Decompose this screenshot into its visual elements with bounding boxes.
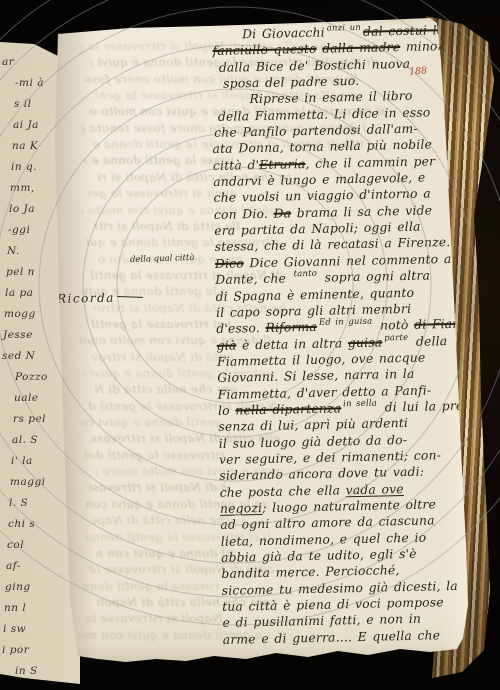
bleed-row: ritrovasse la gentil donna e quivi con m… <box>85 447 225 463</box>
struck-segment: Da <box>273 206 291 220</box>
text-segment: bandita merce. Perciocché, <box>221 563 399 581</box>
text-segment: è detta in altra <box>236 336 348 352</box>
left-fragment: nn l <box>4 602 26 614</box>
bleed-row: Napoli si ritrovasse la gentil donna e q… <box>87 610 222 626</box>
text-segment: con Dio. <box>214 206 274 221</box>
left-fragment: i por <box>2 644 29 656</box>
bleed-row: à di Napoli si ritrovasse la gentil donn… <box>89 479 228 495</box>
left-fragment: ar <box>2 56 14 68</box>
text-segment: , che il cammin per <box>305 154 435 171</box>
text-segment: lo <box>218 403 236 417</box>
text-segment: Dante, che <box>215 272 292 288</box>
left-fragment: col <box>7 539 24 551</box>
text-segment: città d' <box>213 158 260 173</box>
text-segment: notò <box>374 318 414 333</box>
left-fragment: maggi <box>10 476 46 488</box>
handwritten-text-column: Di Giovacchianzi undal costui lato che g… <box>210 22 459 648</box>
struck-segment: Etruria <box>259 157 306 172</box>
struck-segment: fanciullo questo <box>212 42 316 58</box>
left-fragment: rs pel <box>13 413 46 425</box>
text-segment: Di Giovacchi <box>242 26 325 42</box>
text-segment: sposa del padre suo. <box>223 74 359 91</box>
underlined-segment: negozi <box>220 501 262 516</box>
text-segment: senza di lui, aprì più ardenti <box>218 416 408 434</box>
inserted-segment: tanto <box>293 269 317 279</box>
left-fragment: Pozzo <box>15 371 48 383</box>
text-segment: dalla Bice de' Bostichi nuova <box>219 57 411 75</box>
bleed-row: città di Napoli si ritrovasse la gentil … <box>91 349 234 365</box>
left-fragment: chi s <box>8 518 35 530</box>
left-fragment: pel n <box>6 266 35 278</box>
left-fragment: al. S <box>12 434 38 446</box>
bleed-row: che nella città di Napoli si ritrovasse … <box>93 512 231 528</box>
struck-segment: dalla madre <box>322 40 400 56</box>
margin-note-ricorda: Ricorda <box>57 290 143 305</box>
left-fragment: ging <box>5 581 31 593</box>
text-segment: d'esso. <box>216 321 266 336</box>
left-fragment: mm, <box>10 182 35 194</box>
left-fragment: N. <box>7 245 20 257</box>
left-fragment: lo Ja <box>9 203 35 215</box>
bleed-row: rovasse la gentil donna e quivi con molt… <box>83 578 219 594</box>
bleed-row: vasse la gentil donna e quivi con molto … <box>85 152 234 168</box>
text-segment: brama li sa che vide <box>291 203 432 220</box>
inserted-segment: Ed in guisa <box>319 317 373 328</box>
left-fragment: i' la <box>11 455 33 467</box>
bleed-row: til donna e quivi con molto onore fosse … <box>97 545 234 561</box>
left-fragment: sed N <box>2 350 35 362</box>
left-fragment: l. S <box>9 497 28 509</box>
struck-segment: Riforma <box>265 320 317 335</box>
manuscript-photo: ar-mi às ilai Jana Kin q.mm,lo Ja-ggiN.p… <box>0 0 500 690</box>
manuscript-page: ancora che nella città di Napoli si ritr… <box>0 0 500 690</box>
underlined-segment: vada ove <box>346 482 404 497</box>
struck-segment: nella dipartenza <box>235 401 341 417</box>
text-segment: Riprese in esame il libro <box>249 89 412 106</box>
text-segment: che posta che ella <box>220 483 346 500</box>
left-fragment: -ggi <box>8 224 30 236</box>
bleed-row: gentil donna e quivi con molto onore fos… <box>81 414 222 430</box>
inserted-segment: anzi un <box>327 23 361 34</box>
left-fragment: in q. <box>11 161 37 173</box>
struck-segment: Dico <box>215 256 244 271</box>
text-segment: di lui la pre- <box>379 399 468 415</box>
text-segment: sopra ogni altra <box>319 269 430 285</box>
bleed-row: ora che nella città di Napoli si ritrova… <box>95 381 237 397</box>
left-fragment: i sw <box>3 623 26 635</box>
left-fragment: -mi à <box>15 77 44 89</box>
struck-segment: già <box>217 338 237 352</box>
bleed-row: i si ritrovasse la gentil donna e quivi … <box>87 316 231 332</box>
left-fragment: la pa <box>5 287 33 299</box>
left-fragment: in S <box>15 665 38 677</box>
left-fragment: s il <box>14 98 31 110</box>
inserted-segment: parte <box>384 332 408 343</box>
left-fragment: na K <box>12 140 38 152</box>
left-fragment: ai Ja <box>13 119 39 131</box>
text-segment: della <box>410 334 447 349</box>
left-fragment: Jesse <box>3 329 33 341</box>
left-fragment: uale <box>14 392 39 404</box>
left-fragment: mogg <box>4 308 36 320</box>
text-segment: arme e di guerra.... E quella che <box>223 628 441 647</box>
struck-segment: guisa <box>348 335 383 350</box>
inserted-segment: in sella <box>343 398 377 409</box>
left-fragment: af- <box>6 560 21 572</box>
